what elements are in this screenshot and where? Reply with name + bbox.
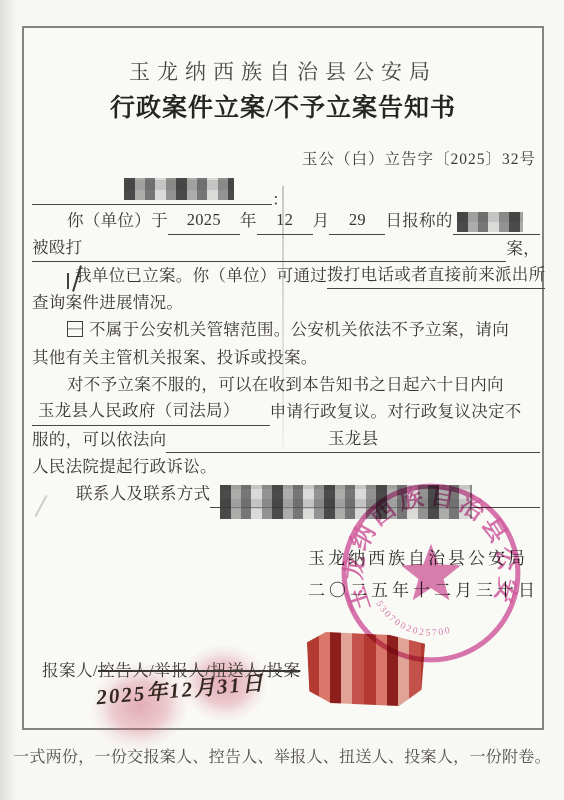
court-line: 服的，可以依法向 玉龙县 <box>32 426 540 453</box>
document-title: 行政案件立案/不予立案告知书 <box>24 88 542 124</box>
seal-star-icon <box>401 544 461 601</box>
reported-name-redaction <box>457 212 523 232</box>
seal-code-holder: 5307002025700 <box>373 599 453 639</box>
filed-text-continued: 查询案件进展情况。 <box>32 289 540 316</box>
addressee-name-redaction <box>124 178 234 200</box>
report-day-blank: 29 <box>329 206 385 234</box>
review-authority-line: 玉龙县人民政府（司法局） 申请行政复议。对行政复议决定不 <box>32 398 540 425</box>
addressee-line: ： <box>32 180 540 207</box>
seal-arc-text: 玉龙纳西族自治县公安局 <box>335 477 522 614</box>
report-prefix-text: 你（单位）于 <box>67 207 168 234</box>
role-reporter: 报案人 <box>42 661 93 680</box>
contact-method-blank: 拨打电话或者直接前来派出所 <box>327 261 545 289</box>
not-filed-text-continued: 其他有关主管机关报案、投诉或投案。 <box>32 344 540 371</box>
addressee-blank <box>32 180 272 205</box>
case-suffix-text: 案， <box>506 235 540 262</box>
case-description-blank: 被殴打 <box>32 234 506 262</box>
day-label: 日报称的 <box>385 207 452 234</box>
issuing-authority-header: 玉龙纳西族自治县公安局 <box>24 56 542 86</box>
contact-label: 联系人及联系方式 <box>76 480 210 507</box>
checkbox-checked-icon <box>67 273 69 289</box>
court-name-blank: 玉龙县 <box>166 425 540 453</box>
checkbox-unchecked-icon <box>67 321 83 337</box>
review-text-2: 申请行政复议。对行政复议决定不 <box>270 398 522 425</box>
seal-code-text: 5307002025700 <box>373 599 453 639</box>
filed-text: 我单位已立案。你（单位）可通过 <box>75 262 327 289</box>
distribution-note: 一式两份，一份交报案人、控告人、举报人、扭送人、投案人，一份附卷。 <box>0 744 564 767</box>
review-authority-blank: 玉龙县人民政府（司法局） <box>32 397 270 425</box>
not-filed-line: 不属于公安机关管辖范围。公安机关依法不予立案，请向 <box>32 316 540 343</box>
report-date-line: 你（单位）于 2025 年 12 月 29 日报称的 <box>32 207 540 234</box>
role-surrender: 投案 <box>266 661 300 680</box>
month-label: 月 <box>313 207 330 234</box>
case-description-line: 被殴打 案， <box>32 235 540 262</box>
page-border-frame: 玉龙纳西族自治县公安局 行政案件立案/不予立案告知书 玉公（白）立告字〔2025… <box>22 26 544 730</box>
official-seal-stamp: 玉龙纳西族自治县公安局 5307002025700 <box>335 477 527 669</box>
scanned-notice-document: 玉龙纳西族自治县公安局 行政案件立案/不予立案告知书 玉公（白）立告字〔2025… <box>0 0 564 800</box>
review-text-3: 服的，可以依法向 <box>32 426 166 453</box>
report-year-blank: 2025 <box>168 206 240 234</box>
document-number: 玉公（白）立告字〔2025〕32号 <box>302 147 536 169</box>
year-label: 年 <box>240 207 257 234</box>
review-right-line: 对不予立案不服的，可以在收到本告知书之日起六十日内向 <box>32 371 540 398</box>
seal-arc-text-holder: 玉龙纳西族自治县公安局 <box>335 477 522 614</box>
reported-name-blank <box>453 212 540 235</box>
case-filed-line: 我单位已立案。你（单位）可通过 拨打电话或者直接前来派出所 <box>32 262 540 289</box>
not-filed-text: 不属于公安机关管辖范围。公安机关依法不予立案，请向 <box>89 320 509 339</box>
document-body: ： 你（单位）于 2025 年 12 月 29 日报称的 被殴打 案， 我单位已… <box>32 180 540 508</box>
report-month-blank: 12 <box>257 206 313 234</box>
